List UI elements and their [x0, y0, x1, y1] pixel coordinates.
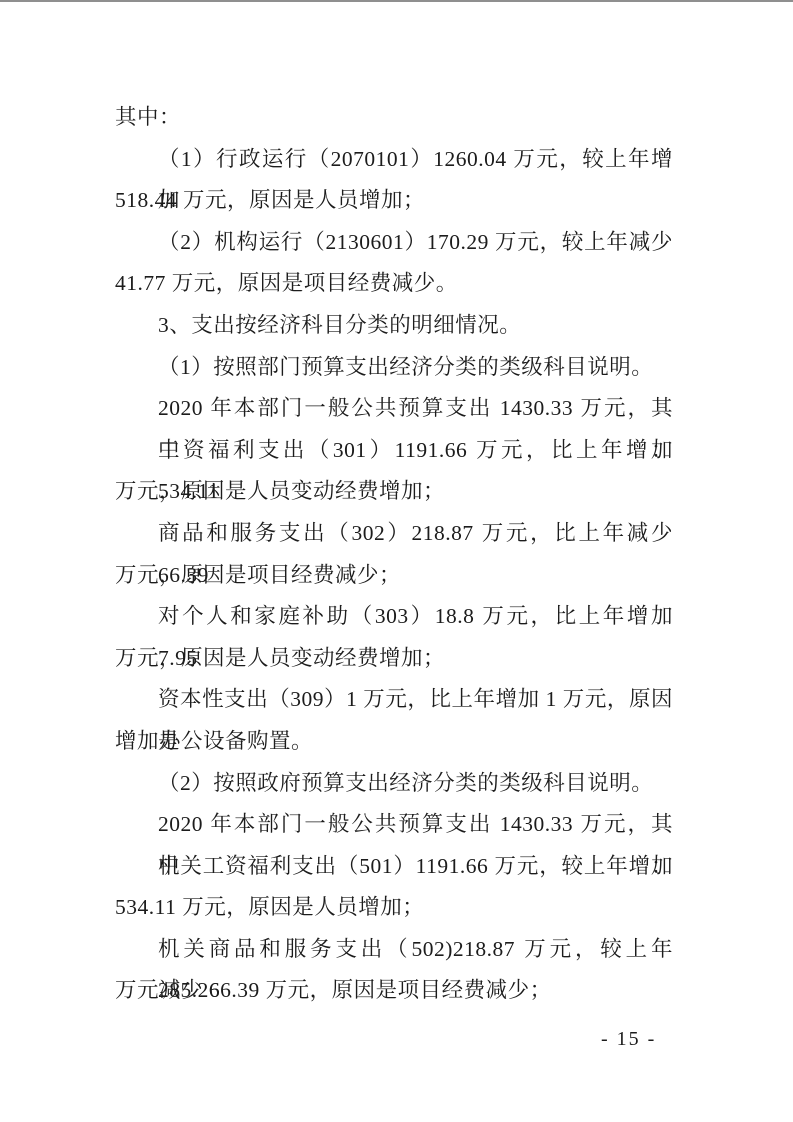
- text-line: 万元，原因是人员变动经费增加；: [115, 638, 673, 680]
- text-line: 对个人和家庭补助（303）18.8 万元，比上年增加 7.95: [115, 596, 673, 638]
- page-number: - 15 -: [601, 1028, 656, 1051]
- text-line: 机关商品和服务支出（502)218.87 万元，较上年 285.26: [115, 929, 673, 971]
- text-line: 3、支出按经济科目分类的明细情况。: [115, 305, 673, 347]
- text-line: 工资福利支出（301）1191.66 万元，比上年增加 534.11: [115, 430, 673, 472]
- body-text: 其中： （1）行政运行（2070101）1260.04 万元，较上年增加 518…: [115, 97, 673, 1012]
- text-line: 商品和服务支出（302）218.87 万元，比上年减少 66.39: [115, 513, 673, 555]
- text-line: （1）按照部门预算支出经济分类的类级科目说明。: [115, 347, 673, 389]
- scan-edge-line: [0, 0, 793, 2]
- text-line: 万元，原因是项目经费减少；: [115, 555, 673, 597]
- text-line: （1）行政运行（2070101）1260.04 万元，较上年增加: [115, 139, 673, 181]
- text-line: （2）按照政府预算支出经济分类的类级科目说明。: [115, 763, 673, 805]
- document-page: 其中： （1）行政运行（2070101）1260.04 万元，较上年增加 518…: [0, 0, 793, 1122]
- text-line: 534.11 万元，原因是人员增加；: [115, 887, 673, 929]
- text-line: 资本性支出（309）1 万元，比上年增加 1 万元，原因是: [115, 679, 673, 721]
- text-line: 增加办公设备购置。: [115, 721, 673, 763]
- text-line: 518.44 万元，原因是人员增加；: [115, 180, 673, 222]
- text-line: 2020 年本部门一般公共预算支出 1430.33 万元，其中：: [115, 804, 673, 846]
- text-line: 万元，原因是人员变动经费增加；: [115, 471, 673, 513]
- text-line: 41.77 万元，原因是项目经费减少。: [115, 263, 673, 305]
- text-line: 万元减少 66.39 万元，原因是项目经费减少；: [115, 970, 673, 1012]
- text-line: 2020 年本部门一般公共预算支出 1430.33 万元，其中：: [115, 388, 673, 430]
- text-line: （2）机构运行（2130601）170.29 万元，较上年减少: [115, 222, 673, 264]
- text-line: 其中：: [115, 97, 673, 139]
- text-line: 机关工资福利支出（501）1191.66 万元，较上年增加: [115, 846, 673, 888]
